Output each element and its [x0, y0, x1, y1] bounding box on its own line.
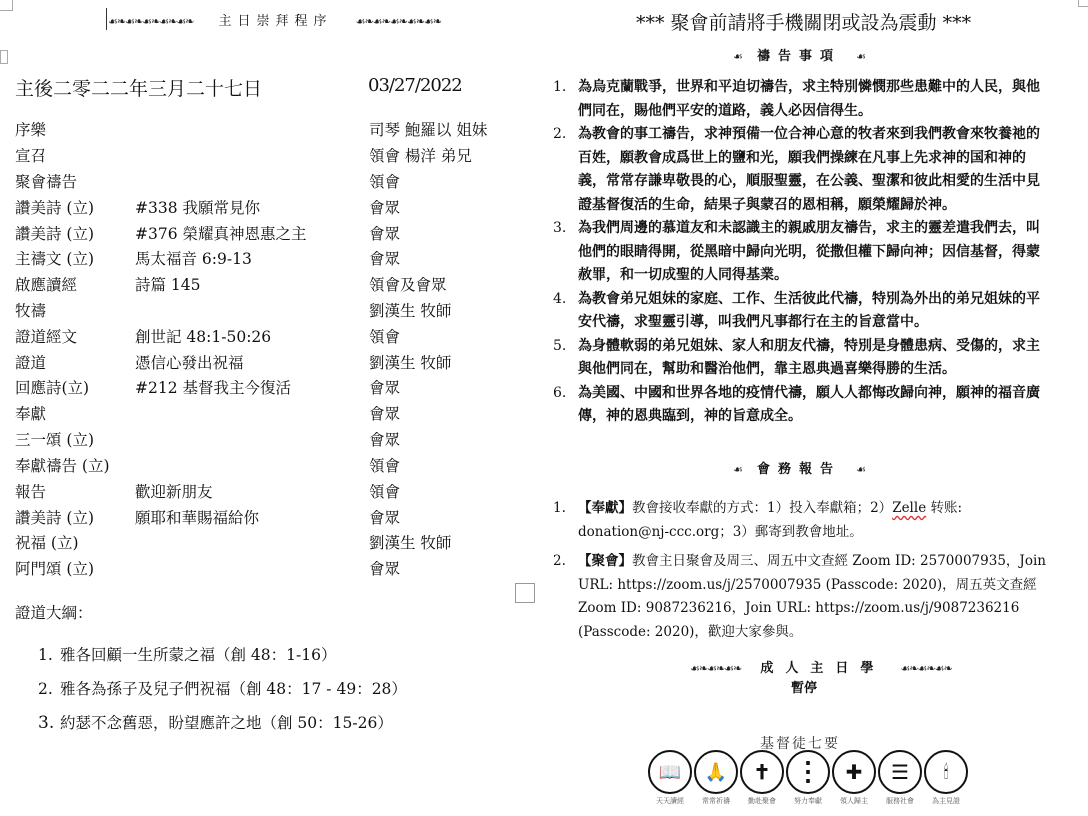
order-detail: 歡迎新朋友 — [135, 479, 213, 505]
discipline-label: 為主見證 — [924, 796, 968, 806]
ornament-icon: ☙ — [856, 50, 865, 63]
ornament-left: ☙❧☙❧☙❧ — [690, 662, 741, 675]
order-item: 證道經文 — [15, 324, 77, 350]
worship-title: 主日崇拜程序 — [218, 14, 332, 29]
ornament-right: ☙❧☙❧☙❧☙❧☙❧ — [356, 15, 441, 28]
ornament-left: ☙❧☙❧☙❧☙❧☙❧ — [108, 15, 193, 28]
seven-disciplines-labels: 天天讀經 常常祈禱 勤赴聚會 努力奉獻 領人歸主 服務社會 為主見證 — [648, 796, 968, 806]
sunday-school-status: 暫停 — [791, 677, 817, 696]
prayer-item: 6.為美國、中國和世界各地的疫情代禱，願人人都悔改歸向神，願神的福音廣傳，神的恩… — [553, 382, 1053, 429]
order-detail: 願耶和華賜福給你 — [135, 505, 259, 531]
order-leader: 會眾 — [369, 427, 400, 453]
candle-icon: 🕯 — [924, 750, 968, 794]
ornament-icon: ☙ — [856, 463, 865, 476]
outline-item: 3.約瑟不念舊惡，盼望應許之地（創 50：15-26） — [38, 711, 393, 733]
ornament-icon: ☙ — [733, 50, 742, 63]
order-item: 讚美詩 (立) — [15, 195, 94, 221]
order-leader: 會眾 — [369, 505, 400, 531]
order-leader: 領會 — [369, 479, 400, 505]
phone-silence-banner: *** 聚會前請將手機關閉或設為震動 *** — [636, 8, 971, 35]
order-item: 祝福 (立) — [15, 530, 79, 556]
order-leader: 會眾 — [369, 556, 400, 582]
announcements-title: 會務報告 — [757, 462, 841, 477]
order-detail: #338 我願常見你 — [135, 195, 260, 221]
order-detail: 憑信心發出祝福 — [135, 350, 244, 376]
prayer-item: 1.為烏克蘭戰爭，世界和平迫切禱告，求主特別憐憫那些患難中的人民，與他們同在，賜… — [553, 76, 1053, 123]
order-leader: 劉漢生 牧師 — [369, 350, 451, 376]
order-detail: 詩篇 145 — [135, 272, 201, 298]
service-icon: ☰ — [878, 750, 922, 794]
order-leader: 司琴 鮑羅以 姐妹 — [369, 117, 487, 143]
order-item: 主禱文 (立) — [15, 246, 94, 272]
prayer-list: 1.為烏克蘭戰爭，世界和平迫切禱告，求主特別憐憫那些患難中的人民，與他們同在，賜… — [553, 76, 1053, 429]
seven-disciplines-icons: 📖 🙏 ✝ ⋮ ✚ ☰ 🕯 — [648, 750, 968, 794]
discipline-label: 常常祈禱 — [694, 796, 738, 806]
order-leader: 會眾 — [369, 375, 400, 401]
order-item: 阿門頌 (立) — [15, 556, 94, 582]
order-leader: 領會 — [369, 324, 400, 350]
outline-item: 2.雅各為孫子及兒子們祝福（創 48：17 - 49：28） — [38, 677, 407, 699]
reading-icon: 📖 — [648, 750, 692, 794]
order-leader: 領會 楊洋 弟兄 — [369, 143, 472, 169]
announcements-header: ☙ 會務報告 ☙ — [733, 458, 865, 477]
order-item: 證道 — [15, 350, 46, 376]
order-leader: 會眾 — [369, 221, 400, 247]
order-item: 啟應讀經 — [15, 272, 77, 298]
prayer-header: ☙ 禱告事項 ☙ — [733, 45, 865, 64]
text-cursor — [106, 8, 107, 30]
discipline-label: 勤赴聚會 — [740, 796, 784, 806]
order-leader: 劉漢生 牧師 — [369, 298, 451, 324]
prayer-item: 2.為教會的事工禱告，求神預備一位合神心意的牧者來到我們教會來牧養祂的百姓，願教… — [553, 123, 1053, 217]
order-detail: 創世記 48:1-50:26 — [135, 324, 271, 350]
date-chinese: 主後二零二二年三月二十七日 — [15, 74, 262, 101]
prayer-title: 禱告事項 — [757, 49, 841, 64]
prayer-item: 3.為我們周邊的慕道友和未認識主的親戚朋友禱告，求主的靈差遣我們去，叫他們的眼睛… — [553, 217, 1053, 288]
announcement-item: 2.【聚會】教會主日聚會及周三、周五中文查經 Zoom ID: 25700079… — [553, 550, 1053, 644]
order-detail: #376 榮耀真神恩惠之主 — [135, 221, 307, 247]
sunday-school-title: 成人主日學 — [760, 661, 885, 676]
prayer-item: 5.為身體軟弱的弟兄姐妹、家人和朋友代禱，特別是身體患病、受傷的，求主與他們同在… — [553, 335, 1053, 382]
order-item: 讚美詩 (立) — [15, 505, 94, 531]
sermon-outline-title: 證道大綱： — [15, 601, 93, 623]
discipline-label: 領人歸主 — [832, 796, 876, 806]
discipline-label: 努力奉獻 — [786, 796, 830, 806]
page-corner-mark-right — [1078, 0, 1088, 7]
offering-icon: ⋮ — [786, 750, 830, 794]
announcements-list: 1.【奉獻】教會接收奉獻的方式：1）投入奉獻箱；2）Zelle 转账: dona… — [553, 497, 1053, 644]
gathering-icon: ✝ — [740, 750, 784, 794]
ornament-icon: ☙ — [733, 463, 742, 476]
order-item: 回應詩(立) — [15, 375, 89, 401]
order-item: 宣召 — [15, 143, 46, 169]
order-detail: #212 基督我主今復活 — [135, 375, 291, 401]
spellcheck-word[interactable]: Zelle — [892, 500, 926, 516]
ornament-right: ☙❧☙❧☙❧ — [900, 662, 951, 675]
order-item: 三一頌 (立) — [15, 427, 94, 453]
worship-header: ☙❧☙❧☙❧☙❧☙❧ 主日崇拜程序 ☙❧☙❧☙❧☙❧☙❧ — [108, 10, 441, 29]
page-corner-mark — [0, 0, 13, 11]
order-item: 讚美詩 (立) — [15, 221, 94, 247]
order-leader: 劉漢生 牧師 — [369, 530, 451, 556]
order-item: 序樂 — [15, 117, 46, 143]
evangelism-icon: ✚ — [832, 750, 876, 794]
table-move-handle[interactable] — [0, 50, 8, 64]
order-leader: 會眾 — [369, 401, 400, 427]
date-numeric: 03/27/2022 — [368, 75, 462, 96]
announcement-item: 1.【奉獻】教會接收奉獻的方式：1）投入奉獻箱；2）Zelle 转账: dona… — [553, 497, 1053, 544]
order-leader: 會眾 — [369, 195, 400, 221]
order-item: 報告 — [15, 479, 46, 505]
discipline-label: 服務社會 — [878, 796, 922, 806]
order-leader: 領會及會眾 — [369, 272, 447, 298]
order-leader: 會眾 — [369, 246, 400, 272]
order-detail: 馬太福音 6:9-13 — [135, 246, 252, 272]
order-item: 奉獻 — [15, 401, 46, 427]
order-item: 聚會禱告 — [15, 169, 77, 195]
prayer-item: 4.為教會弟兄姐妹的家庭、工作、生活彼此代禱，特別為外出的弟兄姐妹的平安代禱，求… — [553, 288, 1053, 335]
order-leader: 領會 — [369, 453, 400, 479]
sunday-school-header: ☙❧☙❧☙❧ 成人主日學 ☙❧☙❧☙❧ — [690, 657, 952, 676]
anchor-box[interactable] — [515, 583, 535, 603]
outline-item: 1.雅各回顧一生所蒙之福（創 48：1-16） — [38, 643, 336, 665]
discipline-label: 天天讀經 — [648, 796, 692, 806]
order-item: 牧禱 — [15, 298, 46, 324]
order-item: 奉獻禱告 (立) — [15, 453, 110, 479]
praying-icon: 🙏 — [694, 750, 738, 794]
order-leader: 領會 — [369, 169, 400, 195]
